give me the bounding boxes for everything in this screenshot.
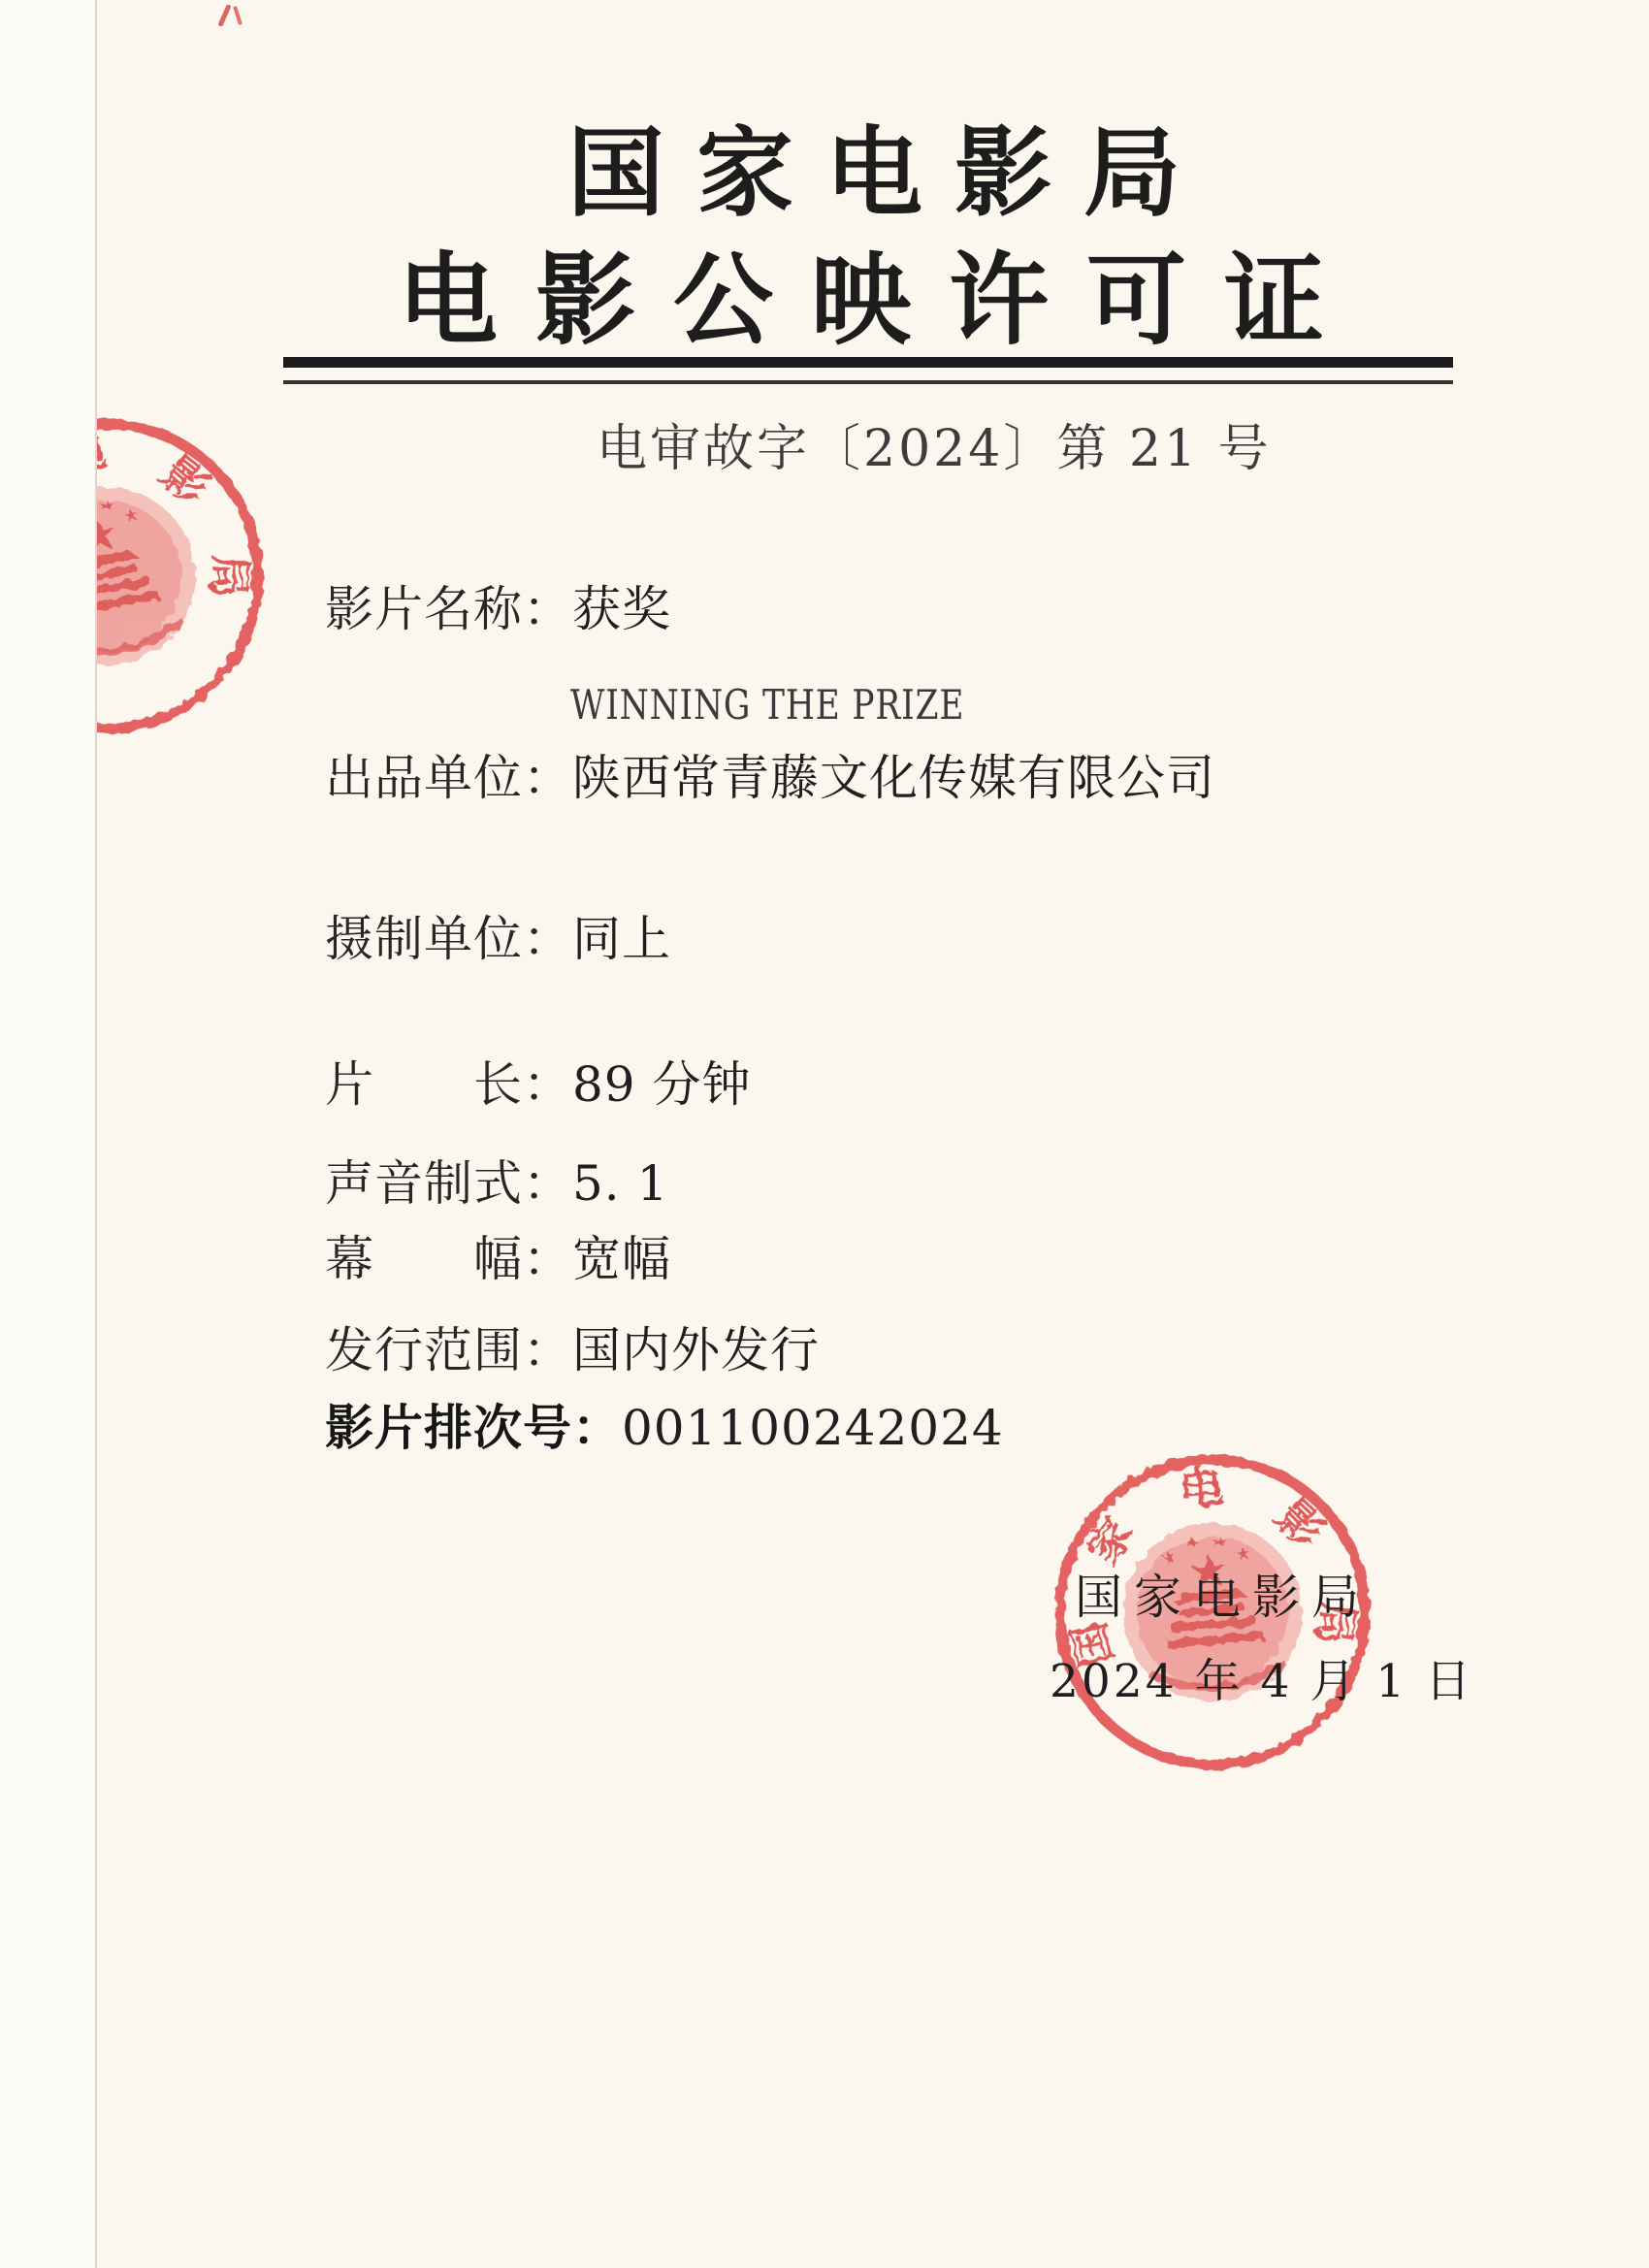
field-film-name-value: 获奖 — [572, 581, 671, 637]
field-production-unit-value: 同上 — [572, 911, 671, 967]
stamp-ring-char: 电 — [1178, 1461, 1227, 1517]
header-rule-thick — [283, 357, 1453, 368]
field-film-serial-number-value: 001100242024 — [622, 1400, 1004, 1456]
red-ink-mark — [218, 2, 251, 33]
field-distribution-scope: 发行范围：国内外发行 — [325, 1312, 820, 1381]
field-film-serial-number-label: 影片排次号： — [325, 1399, 622, 1456]
field-distribution-scope-value: 国内外发行 — [572, 1322, 820, 1378]
official-seal-svg: 国 家 电 影 局 — [97, 402, 308, 753]
field-distribution-scope-label: 发行范围： — [325, 1322, 572, 1378]
field-producer-value: 陕西常青藤文化传媒有限公司 — [572, 750, 1215, 806]
stamp-ring-char: 局 — [204, 554, 256, 599]
field-film-name-label: 影片名称： — [325, 581, 572, 637]
authority-title: 国家电影局 — [567, 122, 1212, 224]
film-permit-document: 国家电影局 电影公映许可证 电审故字〔2024〕第 21 号 影片名称：获奖 W… — [0, 0, 1649, 2268]
field-screen-format-label: 幕 幅： — [325, 1231, 572, 1287]
field-film-length-value: 89 分钟 — [572, 1056, 752, 1113]
field-production-unit: 摄制单位：同上 — [325, 900, 671, 970]
field-screen-format: 幕 幅：宽幅 — [325, 1220, 671, 1290]
field-sound-format-label: 声音制式： — [325, 1155, 572, 1212]
field-sound-format-value: 5. 1 — [572, 1155, 668, 1212]
permit-number: 电审故字〔2024〕第 21 号 — [597, 407, 1272, 480]
stamp-ring-char: 影 — [1266, 1490, 1335, 1559]
field-film-length: 片 长：89 分钟 — [325, 1046, 752, 1116]
signature-issuer: 国家电影局 — [1075, 1560, 1371, 1628]
signature-date: 2024 年 4 月 1 日 — [1050, 1645, 1473, 1710]
field-film-serial-number: 影片排次号：001100242024 — [325, 1389, 1004, 1459]
scan-page-edge — [0, 0, 97, 2268]
stamp-ring-char: 电 — [97, 424, 111, 483]
header-rule-thin — [283, 380, 1453, 384]
field-production-unit-label: 摄制单位： — [325, 911, 572, 967]
field-film-length-label: 片 长： — [325, 1056, 572, 1113]
document-title: 电影公映许可证 — [398, 248, 1362, 353]
field-film-name: 影片名称：获奖 — [325, 570, 671, 640]
field-film-name-english: WINNING THE PRIZE — [570, 681, 964, 729]
field-sound-format: 声音制式：5. 1 — [325, 1145, 668, 1215]
field-producer-label: 出品单位： — [325, 750, 572, 806]
field-screen-format-value: 宽幅 — [572, 1231, 671, 1287]
stamp-ring-char: 影 — [151, 446, 219, 515]
field-producer: 出品单位：陕西常青藤文化传媒有限公司 — [325, 739, 1215, 809]
